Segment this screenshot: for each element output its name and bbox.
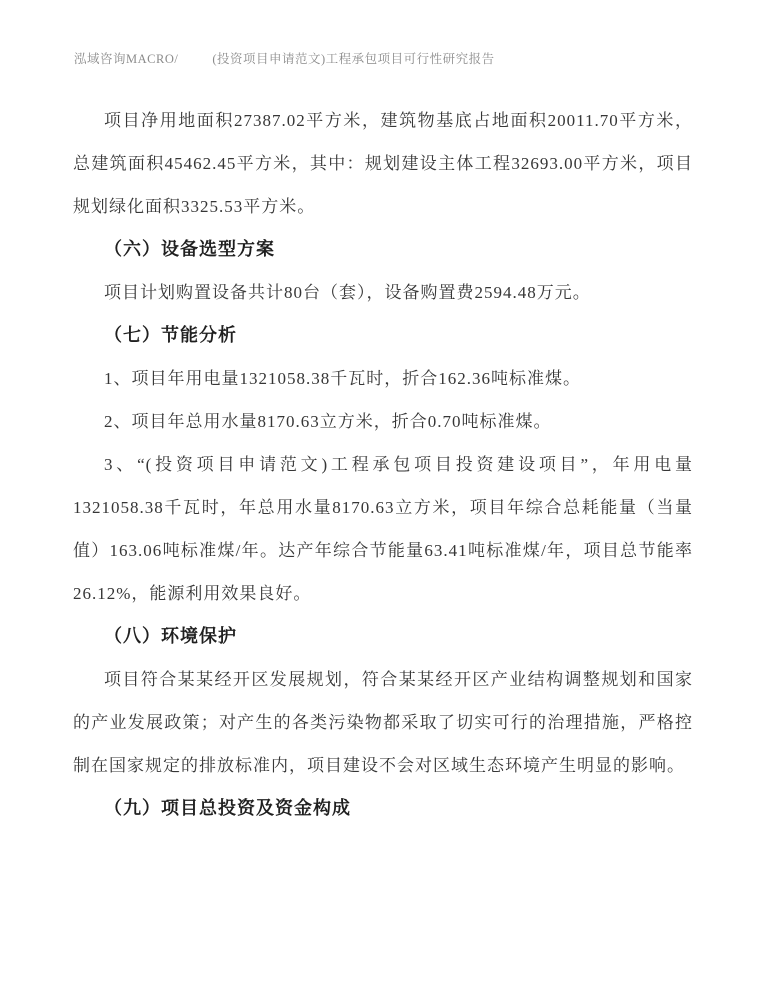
paragraph-energy-electricity: 1、项目年用电量1321058.38千瓦时，折合162.36吨标准煤。 — [73, 357, 693, 400]
document-body: 项目净用地面积27387.02平方米，建筑物基底占地面积20011.70平方米，… — [73, 99, 693, 830]
header-brand: 泓域咨询MACRO/ — [74, 49, 178, 67]
section-heading-equipment: （六）设备选型方案 — [73, 228, 693, 271]
paragraph-environment: 项目符合某某经开区发展规划，符合某某经开区产业结构调整规划和国家的产业发展政策；… — [73, 658, 693, 787]
page-header: 泓域咨询MACRO/ (投资项目申请范文)工程承包项目可行性研究报告 — [74, 49, 705, 67]
section-heading-environment: （八）环境保护 — [73, 615, 693, 658]
paragraph-energy-water: 2、项目年总用水量8170.63立方米，折合0.70吨标准煤。 — [73, 400, 693, 443]
header-report-title: (投资项目申请范文)工程承包项目可行性研究报告 — [212, 49, 494, 67]
document-page: 泓域咨询MACRO/ (投资项目申请范文)工程承包项目可行性研究报告 项目净用地… — [0, 0, 765, 990]
section-heading-energy: （七）节能分析 — [73, 314, 693, 357]
section-heading-investment: （九）项目总投资及资金构成 — [73, 787, 693, 830]
paragraph-land-area: 项目净用地面积27387.02平方米，建筑物基底占地面积20011.70平方米，… — [73, 99, 693, 228]
paragraph-equipment: 项目计划购置设备共计80台（套），设备购置费2594.48万元。 — [73, 271, 693, 314]
paragraph-energy-total: 3、“(投资项目申请范文)工程承包项目投资建设项目”，年用电量1321058.3… — [73, 443, 693, 615]
